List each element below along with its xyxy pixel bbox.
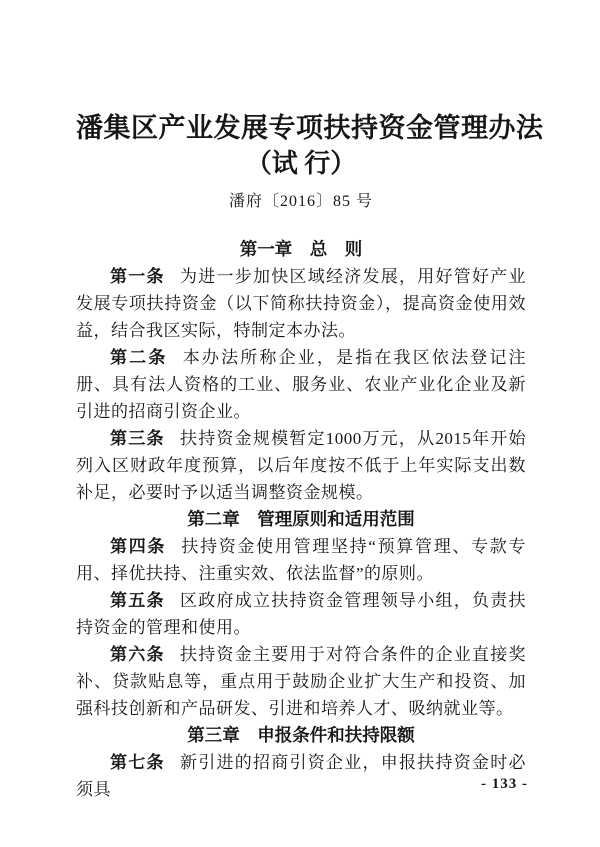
article-number-label: 第三条: [110, 429, 165, 448]
article-number-label: 第五条: [110, 591, 165, 610]
article-number-label: 第二条: [110, 348, 167, 367]
page-number: - 133 -: [481, 776, 528, 793]
chapter-heading-3: 第三章 申报条件和扶持限额: [76, 722, 526, 749]
document-title: 潘集区产业发展专项扶持资金管理办法: [76, 110, 526, 146]
chapter-heading-2: 第二章 管理原则和适用范围: [76, 506, 526, 533]
article-number-label: 第一条: [110, 267, 165, 286]
document-page: 潘集区产业发展专项扶持资金管理办法 （试 行） 潘府〔2016〕85 号 第一章…: [0, 0, 600, 847]
article-number-label: 第四条: [110, 537, 166, 556]
article-number-label: 第七条: [110, 753, 165, 772]
chapter-heading-1: 第一章 总 则: [76, 236, 526, 263]
article-paragraph-7: 第七条新引进的招商引资企业，申报扶持资金时必须具: [76, 749, 526, 803]
article-number-label: 第六条: [110, 645, 165, 664]
article-paragraph-3: 第三条扶持资金规模暂定1000万元，从2015年开始列入区财政年度预算，以后年度…: [76, 425, 526, 506]
article-paragraph-2: 第二条本办法所称企业，是指在我区依法登记注册、具有法人资格的工业、服务业、农业产…: [76, 344, 526, 425]
document-number: 潘府〔2016〕85 号: [76, 188, 526, 211]
article-paragraph-1: 第一条为进一步加快区域经济发展，用好管好产业发展专项扶持资金（以下简称扶持资金）…: [76, 263, 526, 344]
article-paragraph-5: 第五条区政府成立扶持资金管理领导小组，负责扶持资金的管理和使用。: [76, 587, 526, 641]
article-paragraph-6: 第六条扶持资金主要用于对符合条件的企业直接奖补、贷款贴息等，重点用于鼓励企业扩大…: [76, 641, 526, 722]
document-subtitle: （试 行）: [76, 146, 526, 182]
article-paragraph-4: 第四条扶持资金使用管理坚持“预算管理、专款专用、择优扶持、注重实效、依法监督”的…: [76, 533, 526, 587]
document-body: 第一章 总 则 第一条为进一步加快区域经济发展，用好管好产业发展专项扶持资金（以…: [76, 236, 526, 803]
